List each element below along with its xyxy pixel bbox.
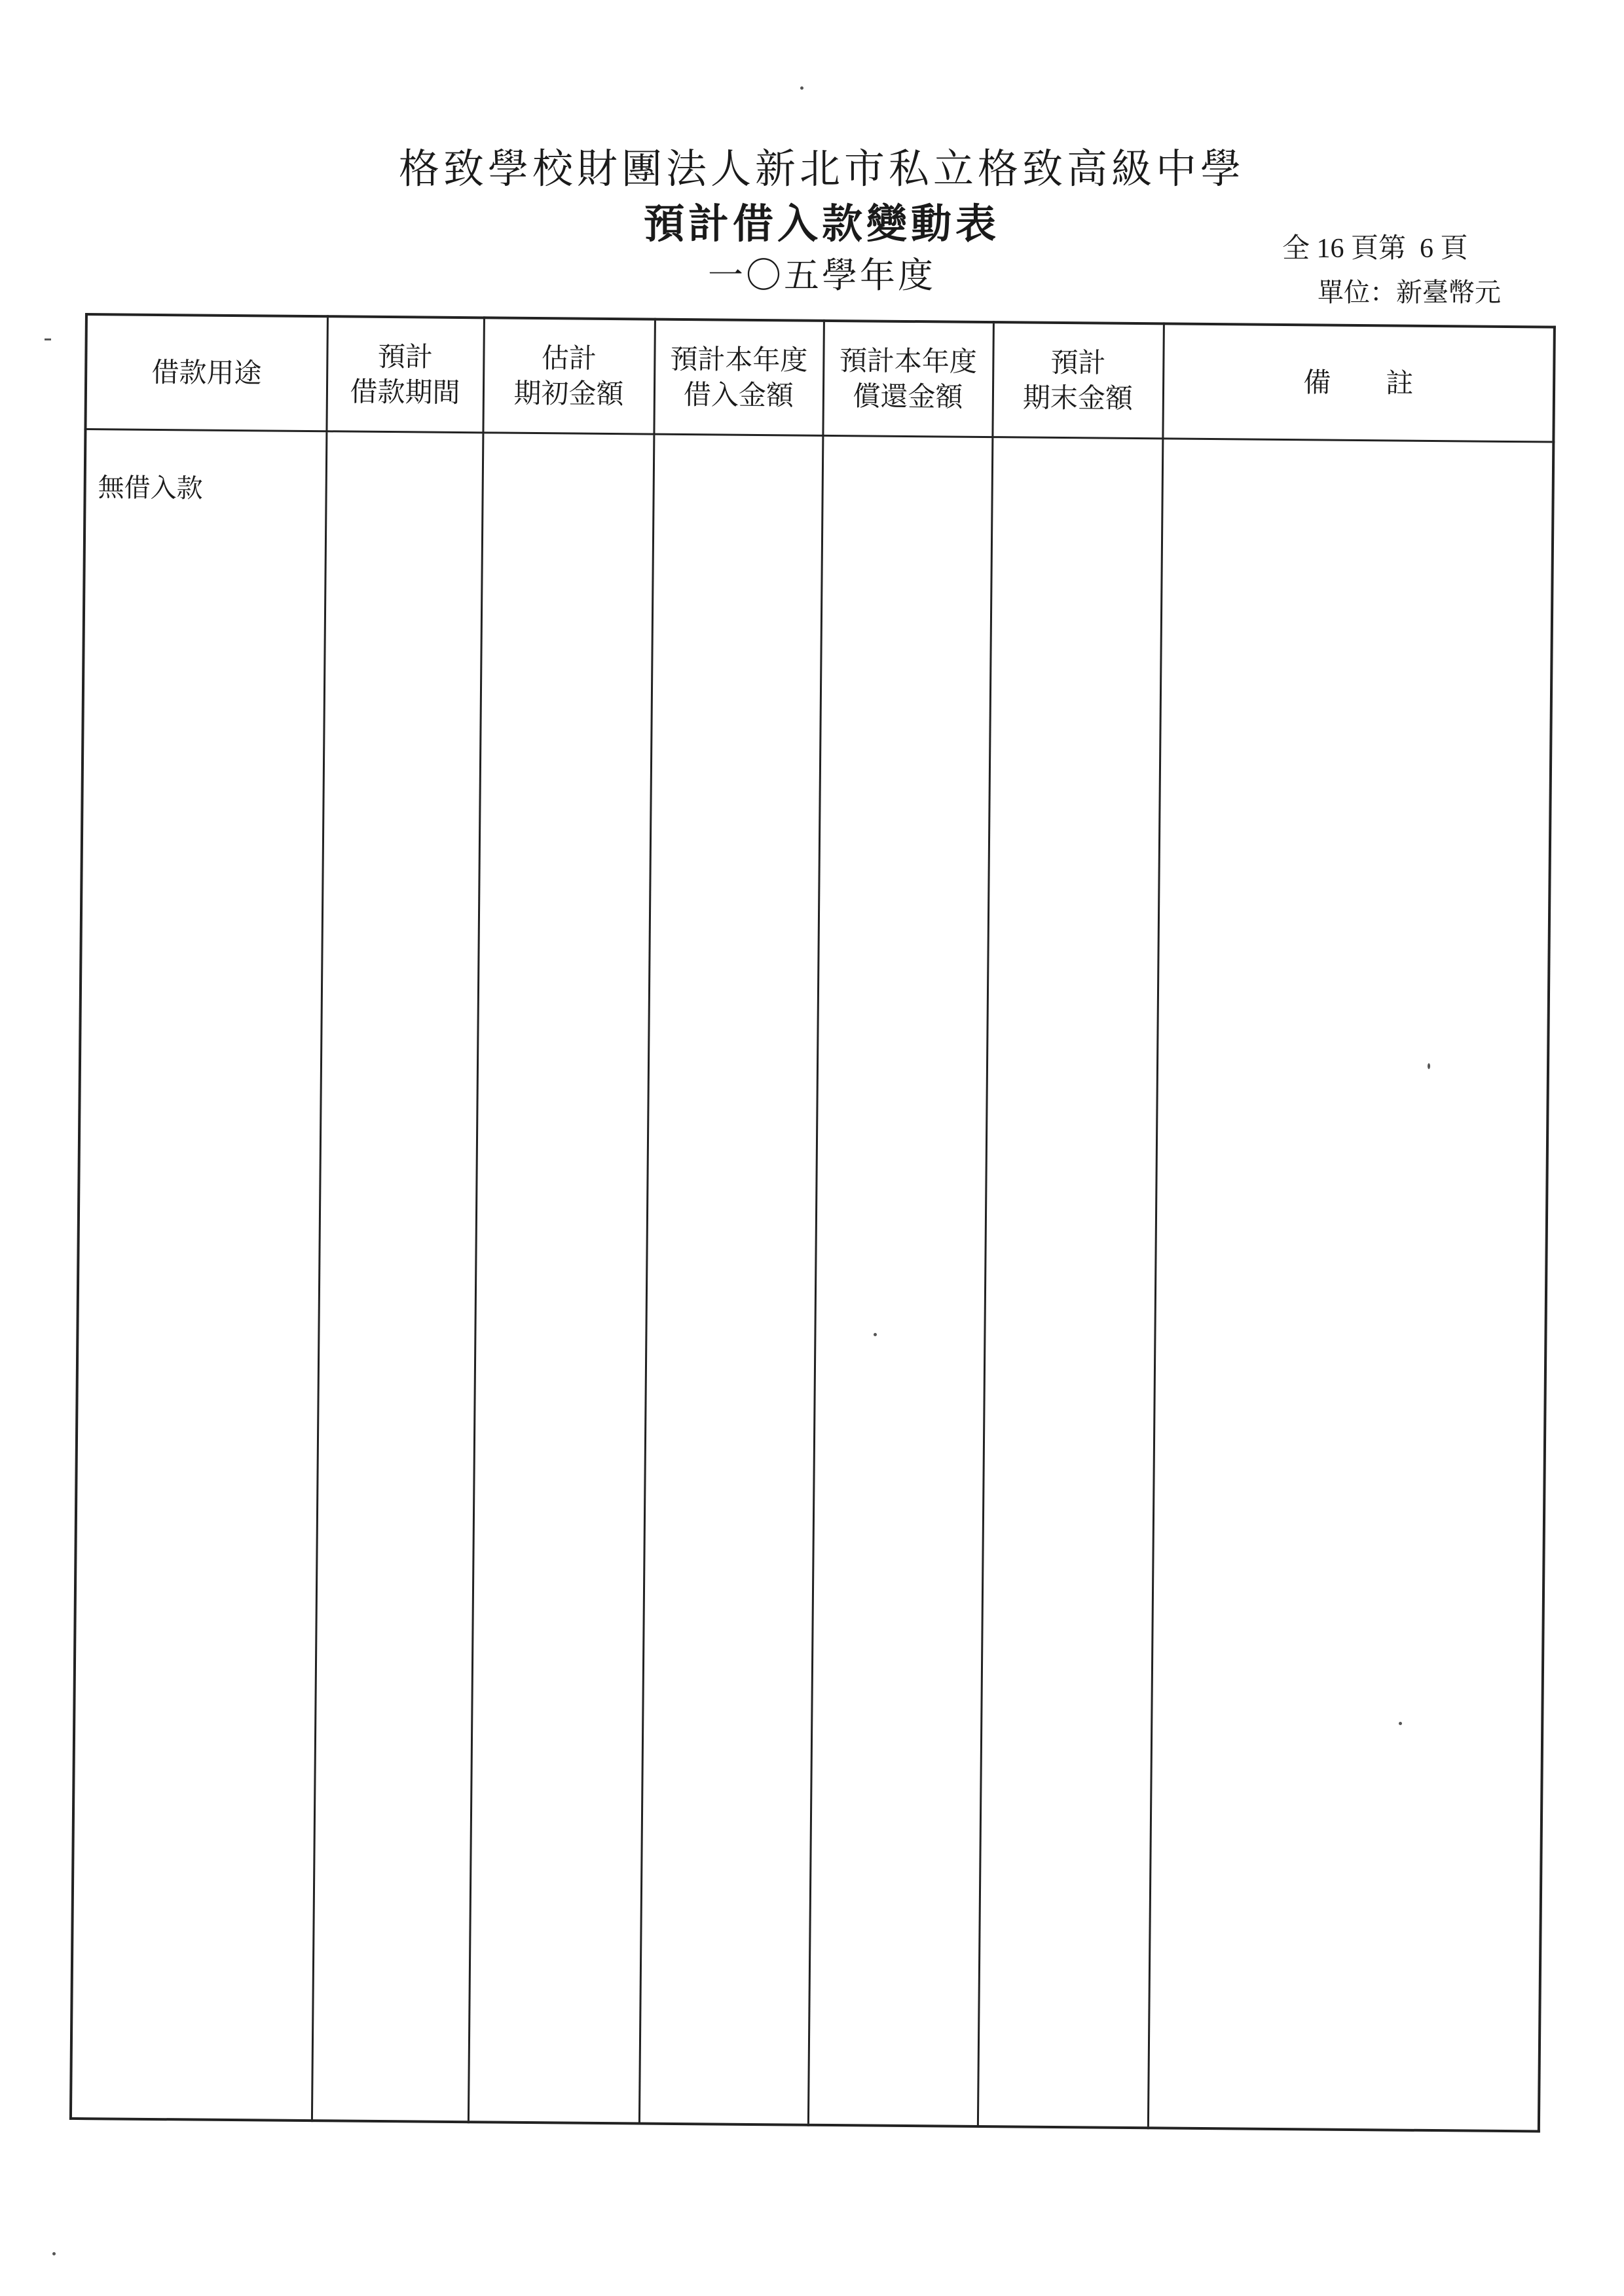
cell-borrowed-amount (639, 434, 823, 2125)
header-closing-amount: 預計期末金額 (992, 322, 1164, 439)
organization-name: 格致學校財團法人新北市私立格致高級中學 (0, 136, 1624, 194)
scan-speck (45, 338, 51, 340)
scan-speck (1399, 1722, 1402, 1725)
cell-purpose: 無借入款 (71, 429, 327, 2121)
page-info: 全 16 頁第 6 頁 (1282, 227, 1468, 266)
header-opening-amount: 估計期初金額 (483, 318, 655, 434)
cell-opening-amount (468, 433, 654, 2124)
currency-unit: 單位：新臺幣元 (1318, 272, 1501, 309)
cell-closing-amount (978, 437, 1163, 2128)
header-borrowed-amount: 預計本年度借入金額 (654, 319, 824, 436)
cell-loan-period (312, 431, 483, 2122)
scan-speck (1428, 1063, 1430, 1069)
scan-speck (800, 86, 803, 90)
header-loan-period: 預計借款期間 (326, 316, 484, 433)
table-header-row: 借款用途 預計借款期間 估計期初金額 預計本年度借入金額 預計本年度償還金額 預… (85, 314, 1554, 442)
scan-speck (874, 1333, 877, 1336)
borrowing-table-container: 借款用途 預計借款期間 估計期初金額 預計本年度借入金額 預計本年度償還金額 預… (69, 313, 1556, 2132)
header-repaid-amount: 預計本年度償還金額 (822, 321, 993, 437)
header-remarks: 備 註 (1162, 323, 1555, 442)
borrowing-changes-table: 借款用途 預計借款期間 估計期初金額 預計本年度借入金額 預計本年度償還金額 預… (69, 313, 1556, 2132)
cell-repaid-amount (808, 435, 993, 2126)
header-purpose: 借款用途 (85, 314, 327, 431)
scan-speck (52, 2252, 56, 2255)
cell-remarks (1148, 439, 1553, 2132)
table-row: 無借入款 (71, 429, 1553, 2132)
